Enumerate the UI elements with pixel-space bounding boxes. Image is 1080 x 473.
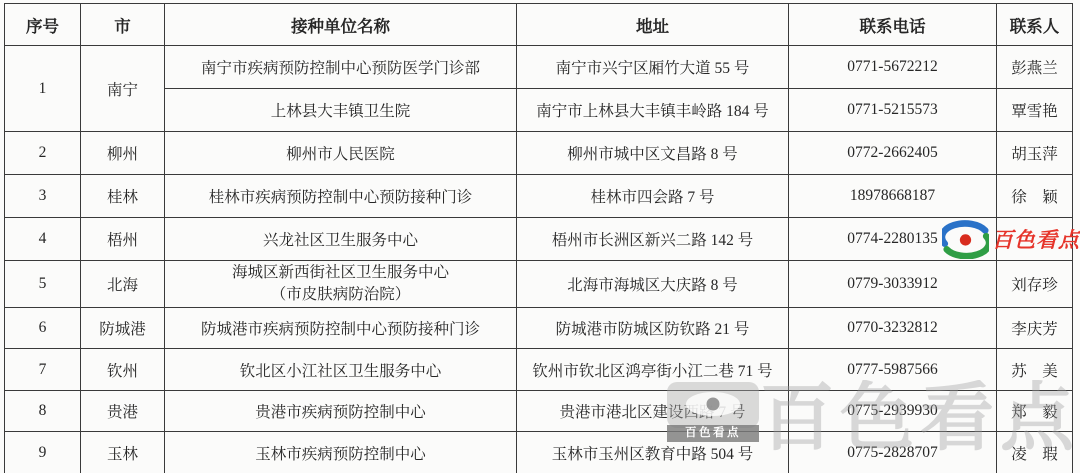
address-cell: 贵港市港北区建设西路 7 号 [517, 391, 789, 432]
contact-cell: 李庆芳 [997, 308, 1073, 349]
table-row: 4 梧州 兴龙社区卫生服务中心 梧州市长洲区新兴二路 142 号 0774-22… [5, 218, 1073, 261]
seq-cell: 6 [5, 308, 81, 349]
contact-cell: 覃雪艳 [997, 89, 1073, 132]
table-row: 2 柳州 柳州市人民医院 柳州市城中区文昌路 8 号 0772-2662405 … [5, 132, 1073, 175]
city-cell: 防城港 [81, 308, 165, 349]
city-cell: 钦州 [81, 349, 165, 391]
contact-cell [997, 218, 1073, 261]
col-header-unit: 接种单位名称 [165, 4, 517, 46]
contact-cell: 胡玉萍 [997, 132, 1073, 175]
city-cell: 玉林 [81, 432, 165, 473]
city-cell: 梧州 [81, 218, 165, 261]
phone-cell: 0775-2939930 [789, 391, 997, 432]
table-header-row: 序号 市 接种单位名称 地址 联系电话 联系人 [5, 4, 1073, 46]
address-cell: 钦州市钦北区鸿亭街小江二巷 71 号 [517, 349, 789, 391]
city-cell: 北海 [81, 261, 165, 308]
col-header-seq: 序号 [5, 4, 81, 46]
seq-cell: 5 [5, 261, 81, 308]
unit-cell: 桂林市疾病预防控制中心预防接种门诊 [165, 175, 517, 218]
contact-cell: 凌 瑕 [997, 432, 1073, 473]
table-row: 3 桂林 桂林市疾病预防控制中心预防接种门诊 桂林市四会路 7 号 189786… [5, 175, 1073, 218]
phone-cell: 0772-2662405 [789, 132, 997, 175]
table-row: 7 钦州 钦北区小江社区卫生服务中心 钦州市钦北区鸿亭街小江二巷 71 号 07… [5, 349, 1073, 391]
phone-cell: 0779-3033912 [789, 261, 997, 308]
phone-cell: 0777-5987566 [789, 349, 997, 391]
contact-cell: 郑 毅 [997, 391, 1073, 432]
address-cell: 北海市海城区大庆路 8 号 [517, 261, 789, 308]
address-cell: 桂林市四会路 7 号 [517, 175, 789, 218]
contact-cell: 徐 颖 [997, 175, 1073, 218]
city-cell: 柳州 [81, 132, 165, 175]
document-page: 序号 市 接种单位名称 地址 联系电话 联系人 1 南宁 南宁市疾病预防控制中心… [0, 0, 1080, 473]
contact-cell: 彭燕兰 [997, 46, 1073, 89]
unit-cell: 海城区新西街社区卫生服务中心 （市皮肤病防治院） [165, 261, 517, 308]
seq-cell: 1 [5, 46, 81, 132]
phone-cell: 0771-5672212 [789, 46, 997, 89]
table-row: 5 北海 海城区新西街社区卫生服务中心 （市皮肤病防治院） 北海市海城区大庆路 … [5, 261, 1073, 308]
table-row: 上林县大丰镇卫生院 南宁市上林县大丰镇丰岭路 184 号 0771-521557… [5, 89, 1073, 132]
table-row: 1 南宁 南宁市疾病预防控制中心预防医学门诊部 南宁市兴宁区厢竹大道 55 号 … [5, 46, 1073, 89]
unit-name-line1: 海城区新西街社区卫生服务中心 [167, 262, 514, 284]
address-cell: 南宁市兴宁区厢竹大道 55 号 [517, 46, 789, 89]
seq-cell: 4 [5, 218, 81, 261]
seq-cell: 8 [5, 391, 81, 432]
address-cell: 玉林市玉州区教育中路 504 号 [517, 432, 789, 473]
contact-cell: 苏 美 [997, 349, 1073, 391]
unit-cell: 钦北区小江社区卫生服务中心 [165, 349, 517, 391]
city-cell: 贵港 [81, 391, 165, 432]
contact-cell: 刘存珍 [997, 261, 1073, 308]
table-row: 6 防城港 防城港市疾病预防控制中心预防接种门诊 防城港市防城区防钦路 21 号… [5, 308, 1073, 349]
seq-cell: 3 [5, 175, 81, 218]
seq-cell: 9 [5, 432, 81, 473]
unit-cell: 玉林市疾病预防控制中心 [165, 432, 517, 473]
phone-cell: 18978668187 [789, 175, 997, 218]
phone-cell: 0775-2828707 [789, 432, 997, 473]
phone-cell: 0774-2280135 [789, 218, 997, 261]
unit-name-line2: （市皮肤病防治院） [167, 284, 514, 306]
address-cell: 柳州市城中区文昌路 8 号 [517, 132, 789, 175]
table-row: 9 玉林 玉林市疾病预防控制中心 玉林市玉州区教育中路 504 号 0775-2… [5, 432, 1073, 473]
seq-cell: 2 [5, 132, 81, 175]
address-cell: 南宁市上林县大丰镇丰岭路 184 号 [517, 89, 789, 132]
table-row: 8 贵港 贵港市疾病预防控制中心 贵港市港北区建设西路 7 号 0775-293… [5, 391, 1073, 432]
col-header-phone: 联系电话 [789, 4, 997, 46]
unit-cell: 南宁市疾病预防控制中心预防医学门诊部 [165, 46, 517, 89]
unit-cell: 贵港市疾病预防控制中心 [165, 391, 517, 432]
address-cell: 梧州市长洲区新兴二路 142 号 [517, 218, 789, 261]
unit-cell: 兴龙社区卫生服务中心 [165, 218, 517, 261]
col-header-city: 市 [81, 4, 165, 46]
unit-cell: 防城港市疾病预防控制中心预防接种门诊 [165, 308, 517, 349]
col-header-contact: 联系人 [997, 4, 1073, 46]
vaccination-units-table: 序号 市 接种单位名称 地址 联系电话 联系人 1 南宁 南宁市疾病预防控制中心… [4, 3, 1073, 473]
col-header-address: 地址 [517, 4, 789, 46]
unit-cell: 柳州市人民医院 [165, 132, 517, 175]
city-cell: 南宁 [81, 46, 165, 132]
phone-cell: 0770-3232812 [789, 308, 997, 349]
address-cell: 防城港市防城区防钦路 21 号 [517, 308, 789, 349]
unit-cell: 上林县大丰镇卫生院 [165, 89, 517, 132]
city-cell: 桂林 [81, 175, 165, 218]
phone-cell: 0771-5215573 [789, 89, 997, 132]
seq-cell: 7 [5, 349, 81, 391]
